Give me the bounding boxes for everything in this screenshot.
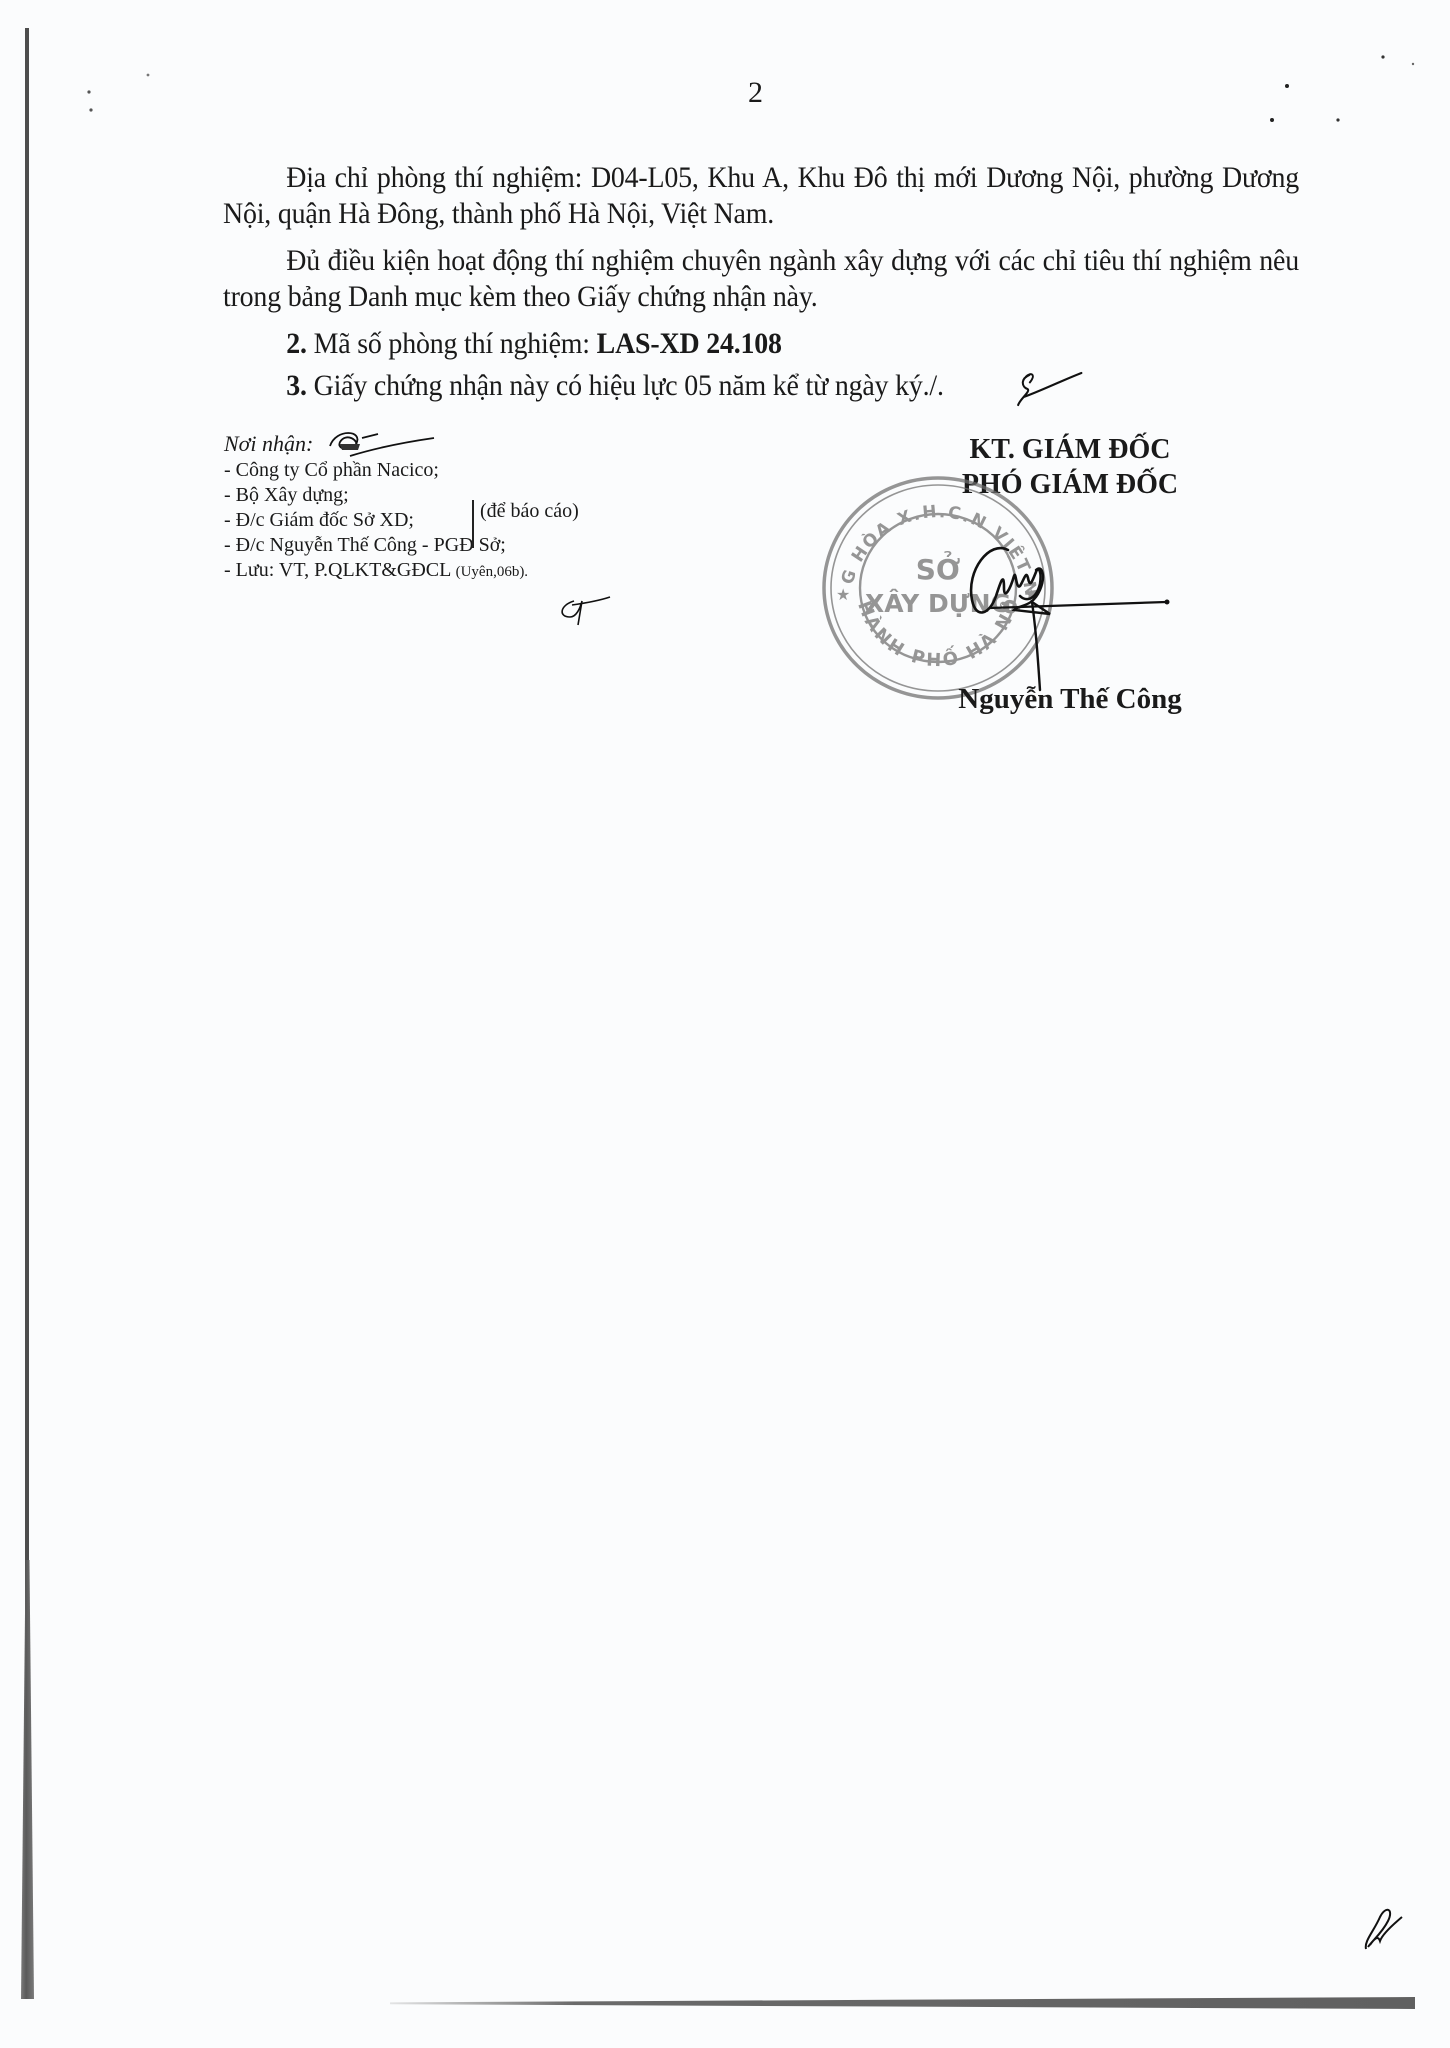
recipients-title: Nơi nhận: (224, 430, 528, 458)
eligibility-paragraph: Đủ điều kiện hoạt động thí nghiệm chuyên… (223, 243, 1299, 315)
initial-mark-icon (326, 426, 436, 466)
report-note: (để báo cáo) (480, 499, 579, 524)
archive-text: - Lưu: VT, P.QLKT&GĐCL (224, 559, 451, 581)
signer-name: Nguyễn Thế Công (900, 682, 1240, 717)
svg-text:★: ★ (836, 585, 850, 604)
lab-code-item: 2. Mã số phòng thí nghiệm: LAS-XD 24.108 (223, 326, 1224, 362)
page-number: 2 (748, 76, 763, 110)
recipient-item: - Lưu: VT, P.QLKT&GĐCL (Uyên,06b). (224, 558, 528, 585)
item-text: Mã số phòng thí nghiệm: (314, 327, 597, 360)
document-page: 2 Địa chỉ phòng thí nghiệm: D04-L05, Khu… (0, 0, 1450, 2048)
recipient-item: - Đ/c Nguyễn Thế Công - PGĐ Sở; (224, 533, 528, 558)
item-number: 3. (286, 369, 307, 402)
item-text: Giấy chứng nhận này có hiệu lực 05 năm k… (314, 369, 944, 402)
bracket-line (472, 500, 474, 548)
page-initial-icon (1360, 1905, 1410, 1955)
lab-code: LAS-XD 24.108 (597, 327, 782, 360)
validity-item: 3. Giấy chứng nhận này có hiệu lực 05 nă… (223, 368, 1224, 418)
item-number: 2. (286, 327, 307, 360)
stamp-center-line1: SỞ (916, 548, 961, 586)
recipients-block: Nơi nhận: - Công ty Cổ phần Nacico; - Bộ… (224, 430, 528, 585)
body-text: Địa chỉ phòng thí nghiệm: D04-L05, Khu A… (223, 160, 1224, 424)
initial-mark-icon (554, 595, 614, 627)
recipients-title-text: Nơi nhận: (224, 431, 313, 456)
archive-note: (Uyên,06b). (456, 564, 528, 580)
signature-title-line1: KT. GIÁM ĐỐC (900, 432, 1240, 467)
initial-mark-icon (949, 369, 1087, 418)
lab-address-paragraph: Địa chỉ phòng thí nghiệm: D04-L05, Khu A… (223, 160, 1299, 232)
handwritten-signature-icon (960, 530, 1180, 700)
